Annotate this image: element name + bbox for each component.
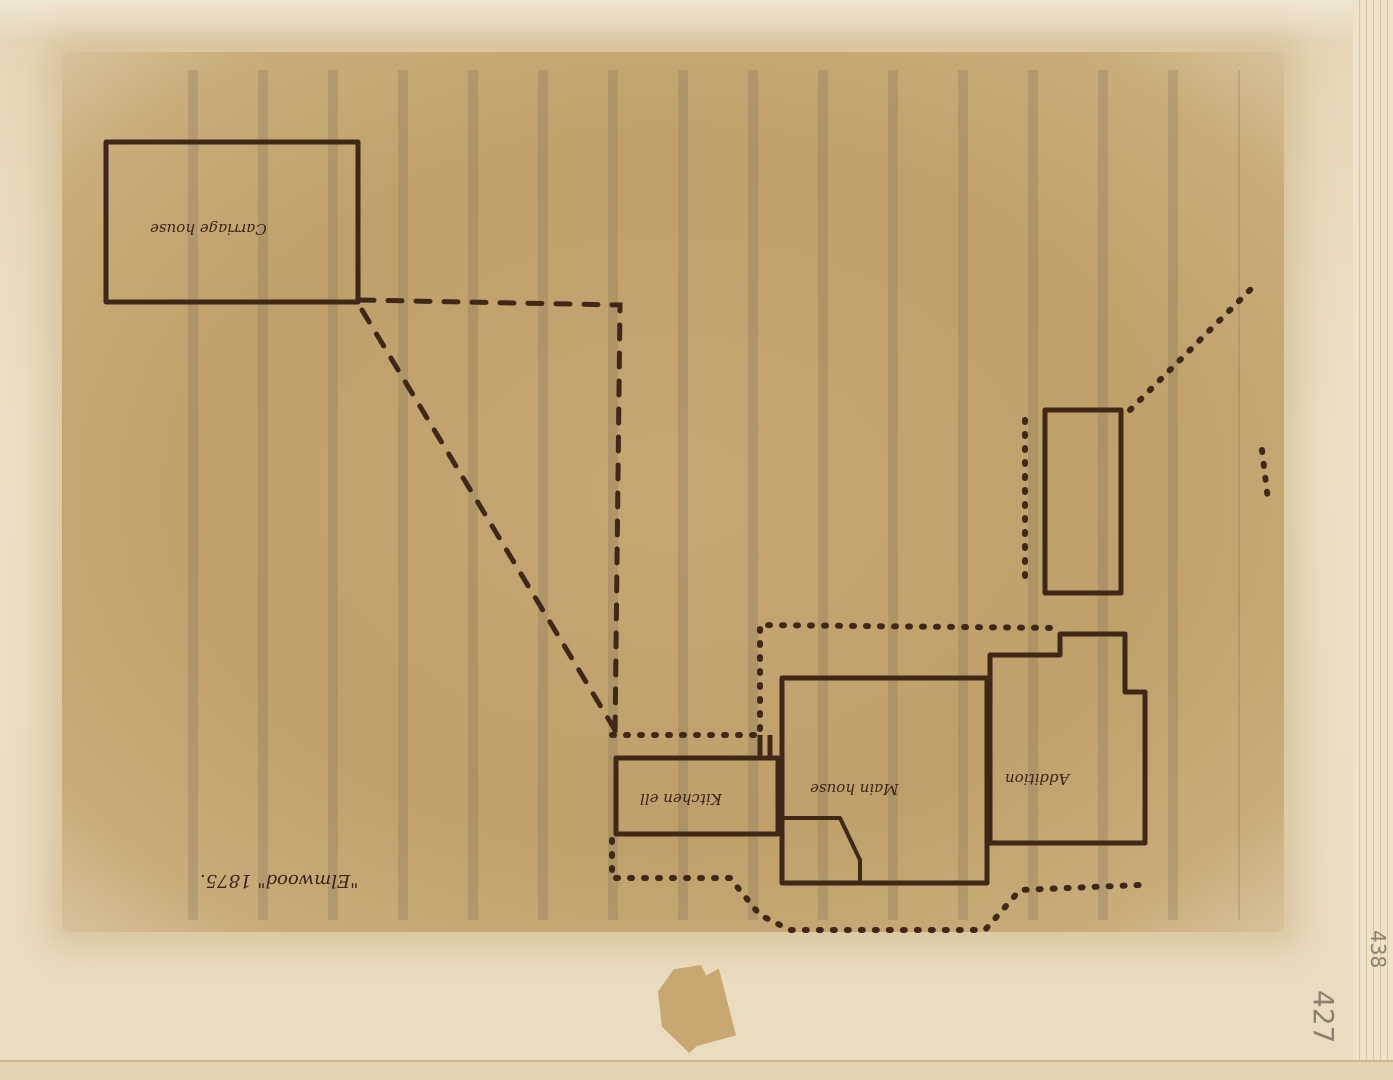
- label-main-house: Main house: [810, 780, 898, 798]
- page-number: 427: [1307, 990, 1340, 1043]
- page-bottom-edge: [0, 1060, 1393, 1080]
- building-right-narrow: [1045, 410, 1121, 593]
- page-number-secondary: 438: [1366, 930, 1390, 968]
- inscription-elmwood: "Elmwood" 1875.: [200, 870, 358, 891]
- scanned-page: Carriage house Main house Kitchen ell Ad…: [0, 0, 1393, 1080]
- label-east-wing: Addition: [1005, 770, 1069, 788]
- building-east-wing: [990, 634, 1145, 843]
- label-carriage-house: Carriage house: [150, 220, 267, 238]
- label-kitchen-ell: Kitchen ell: [640, 790, 722, 808]
- site-plan-drawing: [0, 0, 1393, 1080]
